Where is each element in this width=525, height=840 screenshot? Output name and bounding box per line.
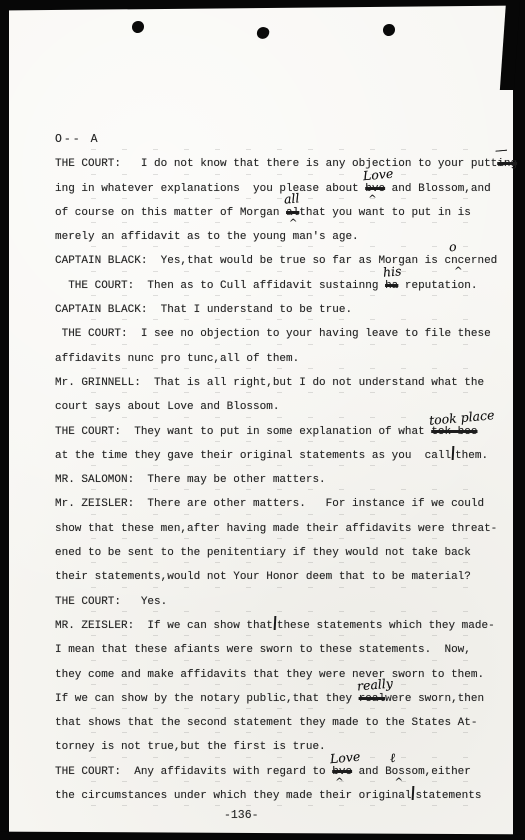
transcript-line: THE COURT: Any affidavits with regard to… [55, 760, 507, 784]
binding-hole [132, 21, 144, 33]
struck-text: realreally [359, 693, 385, 705]
binding-hole [383, 24, 395, 36]
page-number: -136- [224, 809, 259, 822]
typed-text: Mr. ZEISLER: There are other matters. Fo… [55, 498, 484, 510]
transcript-line: ing in whatever explanations you please … [55, 177, 507, 201]
typed-text: MR. ZEISLER: If we can show that [55, 620, 273, 632]
typed-text: If we can show by the notary public,that… [55, 693, 359, 705]
scan-border-bottom [0, 832, 525, 840]
struck-text: ing— [497, 158, 517, 170]
typed-text: that you want to put in is [299, 207, 471, 219]
handwritten-annotation: took place [429, 409, 495, 427]
transcript-line: they come and make affidavits that they … [55, 663, 507, 687]
typed-text: MR. SALOMON: There may be other matters. [55, 474, 326, 486]
typed-text: their statements,would not Your Honor de… [55, 571, 471, 583]
typed-text: I mean that these afiants were sworn to … [55, 644, 471, 656]
typed-text: merely an affidavit as to the young man'… [55, 231, 359, 243]
handwritten-annotation: his [383, 265, 402, 279]
typed-text: THE COURT: I see no objection to your ha… [55, 328, 491, 340]
typed-text: Mr. GRINNELL: That is all right,but I do… [55, 377, 484, 389]
scan-border-right [513, 0, 525, 840]
transcript-line: the circumstances under which they made … [55, 784, 507, 808]
transcript-line: their statements,would not Your Honor de… [55, 565, 507, 589]
transcript-line: merely an affidavit as to the young man'… [55, 225, 507, 249]
typed-text: of course on this matter of Morgan [55, 207, 286, 219]
typed-text: were sworn,then [385, 693, 484, 705]
transcript-line: Mr. GRINNELL: That is all right,but I do… [55, 371, 507, 395]
typed-text: ncernedo^ [451, 255, 497, 267]
typed-text: torney is not true,but the first is true… [55, 741, 326, 753]
typed-text: they come and make affidavits that they … [55, 669, 484, 681]
typed-text: THE COURT: I do not know that there is a… [55, 158, 497, 170]
transcript-line: Mr. ZEISLER: There are other matters. Fo… [55, 492, 507, 516]
typed-text: and Blossom,and [385, 183, 491, 195]
typed-text: them. [455, 450, 488, 462]
handwritten-annotation: really [356, 677, 393, 692]
handwritten-annotation: all [284, 192, 300, 205]
transcript-line: CAPTAIN BLACK: That I understand to be t… [55, 298, 507, 322]
scan-border-left [0, 0, 9, 840]
typed-text: at the time they gave their original sta… [55, 450, 451, 462]
binding-hole [256, 26, 271, 41]
typed-text: THE COURT: Any affidavits with regard to [55, 766, 332, 778]
typed-text: court says about Love and Blossom. [55, 401, 279, 413]
typed-text: statements [415, 790, 481, 802]
scanned-page: O-- A THE COURT: I do not know that ther… [0, 0, 525, 840]
typed-text: the circumstances under which they made … [55, 790, 411, 802]
transcript-line: CAPTAIN BLACK: Yes,that would be true so… [55, 249, 507, 273]
typed-text: ened to be sent to the penitentiary if t… [55, 547, 471, 559]
handwritten-annotation: o [449, 241, 458, 254]
transcript-line: I mean that these afiants were sworn to … [55, 638, 507, 662]
transcript-line: MR. SALOMON: There may be other matters. [55, 468, 507, 492]
transcript-line: THE COURT: I see no objection to your ha… [55, 322, 507, 346]
scan-border-top [0, 0, 525, 11]
transcript-body: THE COURT: I do not know that there is a… [55, 128, 507, 808]
handwritten-annotation: ℓ [389, 752, 395, 764]
transcript-line: THE COURT: They want to put in some expl… [55, 420, 507, 444]
typed-text: that shows that the second statement the… [55, 717, 477, 729]
typed-text: show that these men,after having made th… [55, 523, 497, 535]
typed-text: reputation. [398, 280, 477, 292]
transcript-line: torney is not true,but the first is true… [55, 735, 507, 759]
typed-text: THE COURT: They want to put in some expl… [55, 426, 431, 438]
handwritten-annotation: — [495, 144, 508, 157]
transcript-line: THE COURT: Then as to Cull affidavit sus… [55, 274, 507, 298]
struck-text: bveLove^ [365, 183, 385, 195]
handwritten-annotation: Love [330, 750, 361, 765]
transcript-line: that shows that the second statement the… [55, 711, 507, 735]
typed-text: CAPTAIN BLACK: That I understand to be t… [55, 304, 352, 316]
typed-text: these statements which they made- [277, 620, 495, 632]
struck-text: alall^ [286, 207, 299, 219]
transcript-line: at the time they gave their original sta… [55, 444, 507, 468]
typed-text: and B [352, 766, 392, 778]
typed-text: THE COURT: Then as to Cull affidavit sus… [55, 280, 385, 292]
transcript-line: MR. ZEISLER: If we can show thatthese st… [55, 614, 507, 638]
typed-text: THE COURT: Yes. [55, 596, 167, 608]
handwritten-annotation: Love [363, 167, 394, 182]
typed-text: ing in whatever explanations you please … [55, 183, 365, 195]
transcript-line: THE COURT: Yes. [55, 590, 507, 614]
transcript-line: THE COURT: I do not know that there is a… [55, 152, 507, 176]
struck-text: bveLove^ [332, 766, 352, 778]
transcript-line: ened to be sent to the penitentiary if t… [55, 541, 507, 565]
transcript-line: affidavits nunc pro tunc,all of them. [55, 347, 507, 371]
transcript-line: If we can show by the notary public,that… [55, 687, 507, 711]
typed-text: affidavits nunc pro tunc,all of them. [55, 353, 299, 365]
struck-text: hahis [385, 280, 398, 292]
spacer-line [55, 128, 507, 152]
struck-text: tok beetook place [431, 426, 477, 438]
typed-text: ossom,eitherℓ^ [392, 766, 471, 778]
transcript-line: show that these men,after having made th… [55, 517, 507, 541]
insertion-bar [273, 616, 276, 630]
transcript-line: of course on this matter of Morgan alall… [55, 201, 507, 225]
